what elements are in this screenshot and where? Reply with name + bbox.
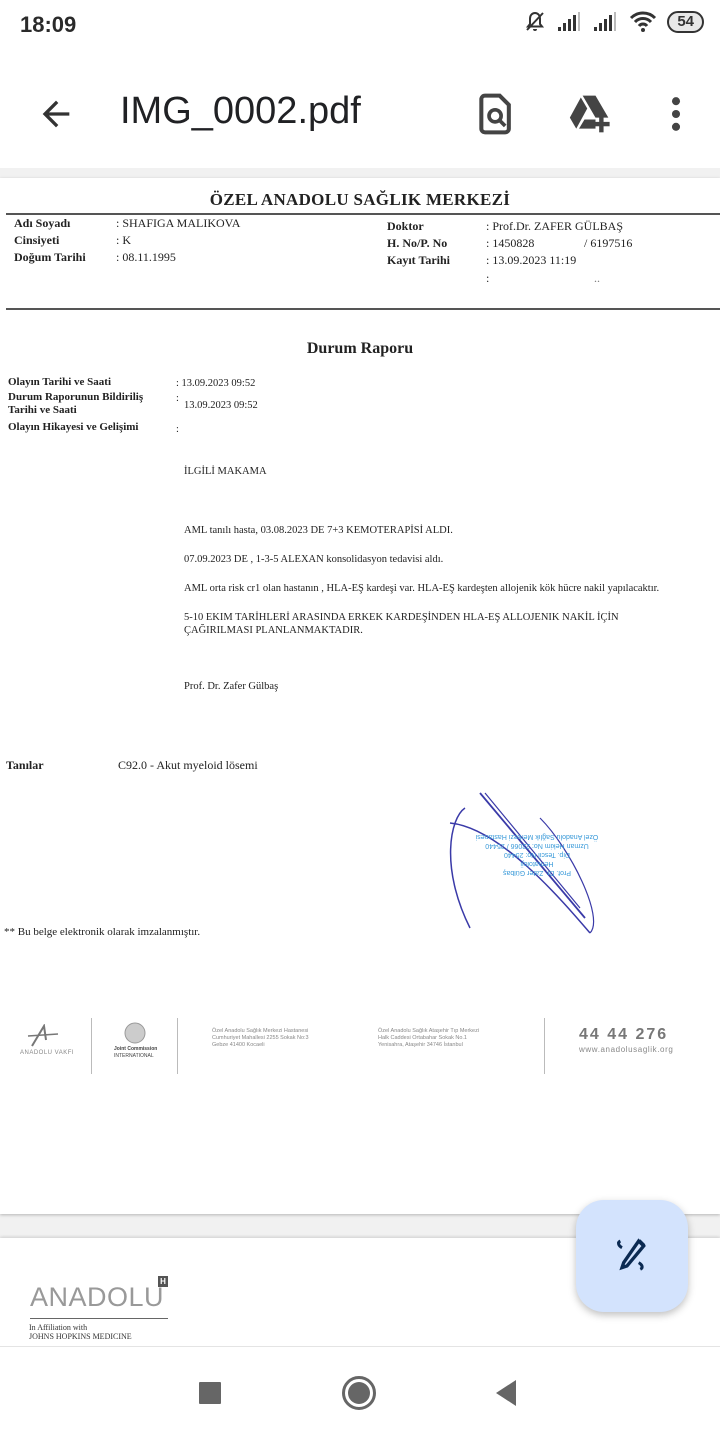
wifi-icon [629, 11, 657, 33]
paragraph-4: 5-10 EKIM TARİHLERİ ARASINDA ERKEK KARDE… [184, 612, 619, 623]
battery-icon: 54 [667, 11, 704, 33]
phone-number: 44 44 276 [579, 1026, 668, 1044]
history-colon: : [176, 424, 179, 435]
bell-off-icon [523, 10, 547, 34]
address-2-line-3: Yenisahra, Ataşehir 34746 İstanbul [378, 1042, 479, 1049]
divider [30, 1318, 168, 1319]
affiliation-line-1: In Affiliation with [29, 1323, 87, 1332]
divider [6, 213, 720, 215]
paragraph-1: AML tanılı hasta, 03.08.2023 DE 7+3 KEMO… [184, 525, 453, 536]
paragraph-3: AML orta risk cr1 olan hastanın , HLA-EŞ… [184, 583, 659, 594]
stamp-line: Uzman Hekim No: 22066 / 25440 [462, 841, 612, 850]
notify-label-2: Tarihi ve Saati [8, 404, 77, 416]
file-title: IMG_0002.pdf [120, 90, 361, 133]
logo-badge: H [158, 1276, 168, 1287]
stamp-line: Hematoloji [462, 859, 612, 868]
signal-icon [557, 12, 583, 32]
gender-label: Cinsiyeti [14, 233, 59, 248]
dob-label: Doğum Tarihi [14, 250, 86, 265]
page-footer: ANADOLU VAKFI Joint Commission INTERNATI… [0, 1018, 720, 1098]
divider [91, 1018, 92, 1074]
signature-stamp: Prof. Dr. Zafer Gülbaş Hematoloji Dip. T… [440, 788, 620, 938]
jci-seal-icon [124, 1022, 146, 1044]
diagnosis-value: C92.0 - Akut myeloid lösemi [118, 758, 258, 773]
hno-label: H. No/P. No [387, 236, 447, 251]
pno-value: / 6197516 [584, 236, 632, 251]
paragraph-5: ÇAĞIRILMASI PLANLANMAKTADIR. [184, 625, 363, 636]
clock: 18:09 [20, 12, 76, 38]
recents-square-icon[interactable] [198, 1381, 222, 1405]
e-signed-note: ** Bu belge elektronik olarak imzalanmış… [4, 926, 200, 938]
extra-value: .. [594, 271, 600, 286]
address-2-line-2: Halk Caddesi Ortabahar Sokak No.1 [378, 1035, 479, 1042]
doctor-value: : Prof.Dr. ZAFER GÜLBAŞ [486, 219, 623, 234]
app-bar: IMG_0002.pdf [0, 62, 720, 168]
diagnosis-label: Tanılar [6, 758, 44, 773]
jci-label-1: Joint Commission [114, 1046, 157, 1052]
doctor-label: Doktor [387, 219, 424, 234]
anadolu-logo: ANADOLU [30, 1282, 164, 1313]
signature-name: Prof. Dr. Zafer Gülbaş [184, 681, 278, 692]
name-value: : SHAFIGA MALIKOVA [116, 216, 240, 231]
address-2-line-1: Özel Anadolu Sağlık Ataşehir Tıp Merkezi [378, 1028, 479, 1035]
extra-colon: : [486, 271, 489, 286]
divider [6, 308, 720, 310]
status-bar: 18:09 54 [0, 0, 720, 50]
gender-value: : K [116, 233, 131, 248]
notify-label-1: Durum Raporunun Bildiriliş [8, 391, 143, 403]
hno-value: : 1450828 [486, 236, 534, 251]
paragraph-2: 07.09.2023 DE , 1-3-5 ALEXAN konsolidasy… [184, 554, 443, 565]
address-1-line-3: Gebze 41400 Kocaeli [212, 1042, 309, 1049]
address-1-line-2: Cumhuriyet Mahallesi 2255 Sokak No:3 [212, 1035, 309, 1042]
home-circle-icon[interactable] [341, 1375, 377, 1411]
stamp-line: Dip. Tescil No: 25440 [462, 850, 612, 859]
name-label: Adı Soyadı [14, 216, 70, 231]
hospital-name: ÖZEL ANADOLU SAĞLIK MERKEZİ [0, 190, 720, 210]
add-to-drive-icon[interactable] [568, 92, 612, 136]
more-vert-icon[interactable] [654, 92, 698, 136]
reg-date-label: Kayıt Tarihi [387, 253, 450, 268]
find-in-page-icon[interactable] [474, 92, 518, 136]
pdf-page-1: ÖZEL ANADOLU SAĞLIK MERKEZİ Adı Soyadı :… [0, 178, 720, 1214]
annotate-button[interactable] [576, 1200, 688, 1312]
back-arrow-icon[interactable] [36, 94, 76, 134]
stamp-line: Prof. Dr. Zafer Gülbaş [462, 868, 612, 877]
stamp-line: Özel Anadolu Sağlık Merkezi Hastanesi [462, 832, 612, 841]
affiliation-line-2: JOHNS HOPKINS MEDICINE [29, 1332, 132, 1341]
event-date-label: Olayın Tarihi ve Saati [8, 376, 111, 388]
vakfi-label: ANADOLU VAKFI [20, 1050, 74, 1056]
event-date-value: : 13.09.2023 09:52 [176, 378, 255, 389]
signal-icon [593, 12, 619, 32]
anadolu-vakfi-logo-icon [24, 1024, 64, 1048]
divider [544, 1018, 545, 1074]
system-nav-bar [0, 1346, 720, 1440]
divider [177, 1018, 178, 1074]
jci-label-2: INTERNATIONAL [114, 1053, 154, 1059]
notify-value: 13.09.2023 09:52 [184, 400, 258, 411]
notify-colon: : [176, 393, 179, 404]
status-icons: 54 [523, 10, 704, 34]
address-1-line-1: Özel Anadolu Sağlık Merkezi Hastanesi [212, 1028, 309, 1035]
draw-pen-icon [612, 1236, 652, 1276]
website: www.anadolusaglik.org [579, 1045, 673, 1054]
pdf-viewer[interactable]: ÖZEL ANADOLU SAĞLIK MERKEZİ Adı Soyadı :… [0, 168, 720, 1344]
addressee: İLGİLİ MAKAMA [184, 466, 267, 477]
history-label: Olayın Hikayesi ve Gelişimi [8, 421, 138, 433]
back-triangle-icon[interactable] [494, 1379, 518, 1407]
report-title: Durum Raporu [0, 340, 720, 358]
reg-date-value: : 13.09.2023 11:19 [486, 253, 576, 268]
dob-value: : 08.11.1995 [116, 250, 176, 265]
